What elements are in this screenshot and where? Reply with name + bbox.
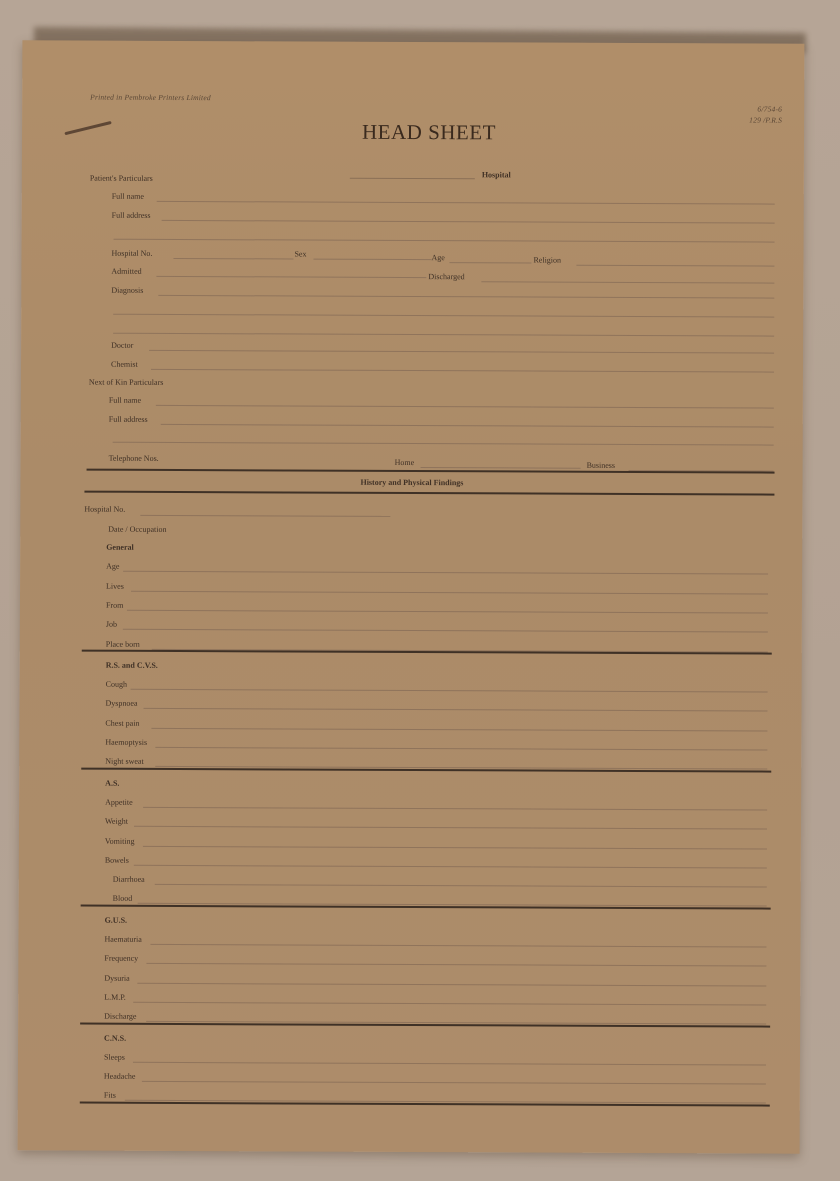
field-label: Blood <box>113 894 133 903</box>
field-input-line[interactable] <box>127 610 768 614</box>
doctor-label: Doctor <box>111 341 133 350</box>
business-label: Business <box>587 461 615 470</box>
chemist-field[interactable] <box>151 369 774 373</box>
field-label: Age <box>106 562 119 571</box>
admitted-field[interactable] <box>156 276 426 278</box>
hospital-field[interactable] <box>350 178 475 180</box>
section-title: C.N.S. <box>104 1033 126 1042</box>
full-name-field[interactable] <box>157 201 775 205</box>
patients-particulars-label: Patient's Particulars <box>90 174 153 183</box>
field-label: L.M.P. <box>104 993 126 1002</box>
section-title: General <box>106 543 134 552</box>
field-label: Appetite <box>105 798 133 807</box>
field-label: Place born <box>106 639 140 648</box>
field-label: Haemoptysis <box>105 738 147 747</box>
religion-label: Religion <box>533 256 561 265</box>
full-address-label: Full address <box>112 211 151 220</box>
field-label: Discharge <box>104 1012 136 1021</box>
hospital-label: Hospital <box>482 170 511 179</box>
history-hospital-no-label: Hospital No. <box>84 505 125 514</box>
pen-mark <box>64 121 111 135</box>
age-label: Age <box>431 253 444 262</box>
form-code-line-2: 129 /P.R.S <box>749 114 782 125</box>
diagnosis-label: Diagnosis <box>111 286 143 295</box>
page-title: HEAD SHEET <box>362 120 496 146</box>
field-input-line[interactable] <box>133 1002 766 1006</box>
next-of-kin-label: Next of Kin Particulars <box>89 378 163 387</box>
home-label: Home <box>395 458 415 467</box>
field-input-line[interactable] <box>123 571 768 575</box>
field-label: Dysuria <box>104 973 129 982</box>
field-label: Lives <box>106 581 124 590</box>
nok-full-name-label: Full name <box>109 396 141 405</box>
field-label: Vomiting <box>105 836 135 845</box>
field-input-line[interactable] <box>131 689 768 693</box>
section-title: R.S. and C.V.S. <box>106 660 158 669</box>
field-label: Cough <box>106 680 127 689</box>
diagnosis-field-3[interactable] <box>113 333 774 337</box>
doctor-field[interactable] <box>149 350 774 354</box>
admitted-label: Admitted <box>111 267 141 276</box>
section-divider <box>84 491 774 496</box>
publisher-line: Printed in Pembroke Printers Limited <box>90 93 211 103</box>
chemist-label: Chemist <box>111 360 138 369</box>
sex-field[interactable] <box>313 259 431 261</box>
hospital-no-field[interactable] <box>173 258 293 260</box>
field-input-line[interactable] <box>131 590 768 594</box>
field-input-line[interactable] <box>122 629 767 633</box>
sex-label: Sex <box>294 249 306 258</box>
field-label: Headache <box>104 1072 136 1081</box>
field-label: Bowels <box>105 855 129 864</box>
field-input-line[interactable] <box>138 982 767 986</box>
religion-field[interactable] <box>576 265 774 267</box>
discharged-label: Discharged <box>428 272 464 281</box>
nok-full-address-field[interactable] <box>161 424 774 428</box>
field-label: Weight <box>105 817 128 826</box>
date-occupation-label: Date / Occupation <box>108 525 166 534</box>
discharged-field[interactable] <box>481 281 774 283</box>
section-title: A.S. <box>105 778 119 787</box>
form-code: 6/754-6 129 /P.R.S <box>749 103 782 125</box>
field-input-line[interactable] <box>146 963 766 967</box>
field-input-line[interactable] <box>143 807 767 811</box>
field-input-line[interactable] <box>133 1062 766 1066</box>
nok-full-address-label: Full address <box>109 415 148 424</box>
field-input-line[interactable] <box>156 747 768 751</box>
section-title: G.U.S. <box>105 915 127 924</box>
nok-full-name-field[interactable] <box>156 405 774 409</box>
telephone-label: Telephone Nos. <box>109 454 159 463</box>
field-input-line[interactable] <box>134 826 767 830</box>
field-label: Diarrhoea <box>113 875 145 884</box>
field-input-line[interactable] <box>151 728 767 732</box>
form-code-line-1: 6/754-6 <box>749 103 782 114</box>
home-phone-field[interactable] <box>421 467 581 469</box>
field-input-line[interactable] <box>134 865 767 869</box>
field-input-line[interactable] <box>143 845 767 849</box>
field-label: Dyspnoea <box>106 699 138 708</box>
full-name-label: Full name <box>112 192 144 201</box>
field-label: Fits <box>104 1091 116 1100</box>
field-input-line[interactable] <box>143 708 767 712</box>
field-label: Night sweat <box>105 757 143 766</box>
nok-full-address-field-2[interactable] <box>113 442 774 446</box>
field-label: Haematuria <box>104 935 141 944</box>
diagnosis-field-2[interactable] <box>113 314 774 318</box>
diagnosis-field[interactable] <box>158 295 774 299</box>
history-hospital-no-field[interactable] <box>140 515 390 517</box>
hospital-no-label: Hospital No. <box>111 249 152 258</box>
field-input-line[interactable] <box>150 944 766 948</box>
head-sheet-form: Printed in Pembroke Printers Limited 6/7… <box>18 40 805 1153</box>
age-field[interactable] <box>449 262 531 263</box>
full-address-field[interactable] <box>162 220 775 224</box>
field-input-line[interactable] <box>141 1081 765 1085</box>
field-label: Frequency <box>104 954 138 963</box>
field-label: Sleeps <box>104 1052 125 1061</box>
field-label: From <box>106 601 123 610</box>
field-input-line[interactable] <box>155 884 767 888</box>
history-heading: History and Physical Findings <box>360 478 463 487</box>
field-label: Job <box>106 620 117 629</box>
full-address-field-2[interactable] <box>114 239 775 243</box>
field-label: Chest pain <box>105 718 139 727</box>
